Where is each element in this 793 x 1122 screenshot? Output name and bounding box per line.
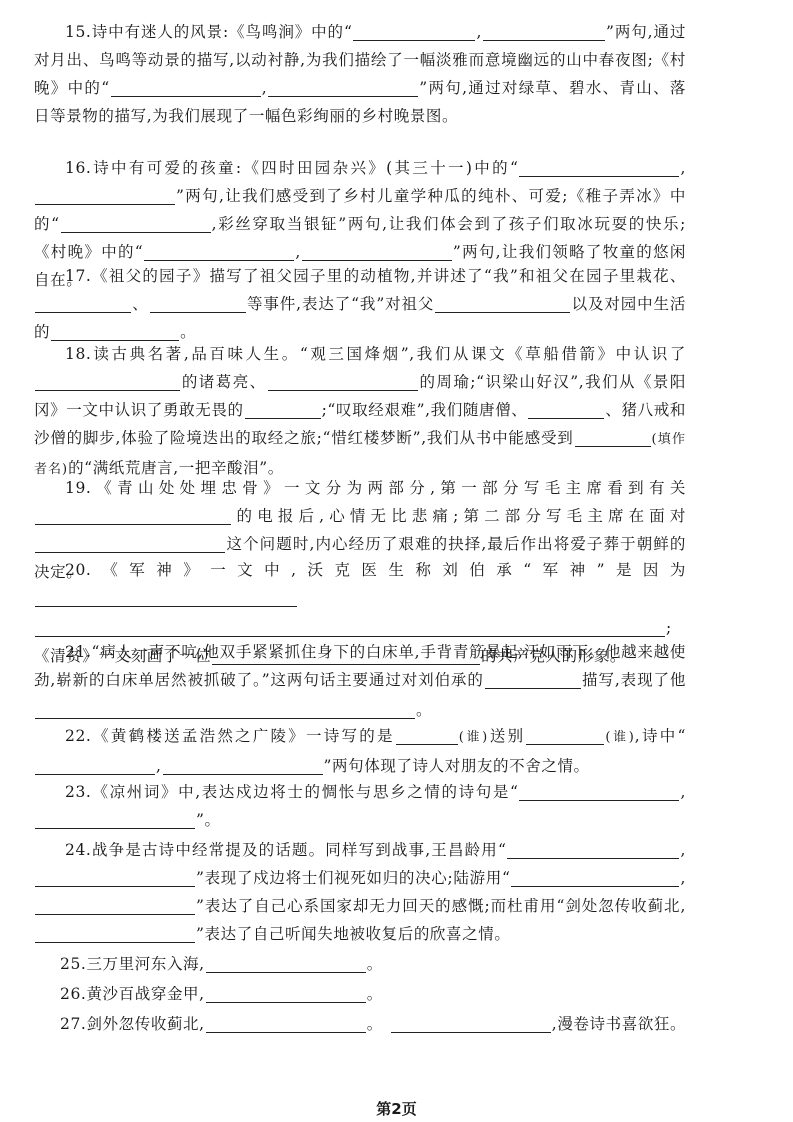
answer-blank[interactable] (35, 756, 155, 775)
answer-blank[interactable] (206, 954, 366, 973)
answer-blank[interactable] (35, 534, 225, 553)
author-name-blank[interactable] (575, 428, 651, 447)
answer-blank[interactable] (35, 372, 180, 391)
question-24: 24.战争是古诗中经常提及的话题。同样写到战事,王昌龄用“,”表现了戍边将士们视… (34, 836, 686, 948)
question-25: 25.三万里河东入海,。 (60, 950, 712, 978)
answer-blank[interactable] (144, 242, 294, 261)
question-15: 15.诗中有迷人的风景:《鸟鸣涧》中的“,”两句,通过对月出、鸟鸣等动景的描写,… (34, 18, 686, 130)
question-number: 16. (65, 159, 91, 177)
answer-blank[interactable] (150, 294, 246, 313)
question-number: 17. (65, 267, 91, 285)
question-18: 18.读古典名著,品百味人生。“观三国烽烟”,我们从课文《草船借箭》中认识了的诸… (34, 340, 686, 484)
answer-blank[interactable] (528, 400, 604, 419)
answer-blank[interactable] (353, 22, 475, 41)
answer-blank[interactable] (268, 78, 418, 97)
answer-blank[interactable] (302, 242, 452, 261)
answer-blank[interactable] (526, 726, 604, 745)
question-27: 27.剑外忽传收蓟北,。,漫卷诗书喜欲狂。 (60, 1010, 712, 1038)
answer-blank[interactable] (35, 810, 195, 829)
question-17: 17.《祖父的园子》描写了祖父园子里的动植物,并讲述了“我”和祖父在园子里栽花、… (34, 262, 686, 346)
page-number: 第2页 (0, 1098, 793, 1119)
question-number: 19. (65, 479, 91, 497)
answer-blank[interactable] (435, 294, 570, 313)
exam-page: 15.诗中有迷人的风景:《鸟鸣涧》中的“,”两句,通过对月出、鸟鸣等动景的描写,… (0, 0, 793, 1122)
question-23: 23.《凉州词》中,表达戍边将士的惆怅与思乡之情的诗句是“,”。 (34, 778, 686, 834)
question-21: 21.“病人一声不吭,他双手紧紧抓住身下的白床单,手背青筋暴起,汗如雨下。他越来… (34, 638, 686, 724)
question-26: 26.黄沙百战穿金甲,。 (60, 980, 712, 1008)
question-number: 25. (60, 955, 86, 973)
answer-blank[interactable] (35, 896, 195, 915)
answer-blank[interactable] (396, 726, 458, 745)
answer-blank[interactable] (35, 588, 297, 607)
answer-blank[interactable] (511, 868, 679, 887)
answer-blank[interactable] (163, 756, 323, 775)
answer-blank[interactable] (111, 78, 261, 97)
question-number: 15. (65, 23, 91, 41)
answer-blank[interactable] (519, 158, 679, 177)
answer-blank[interactable] (507, 840, 679, 859)
answer-blank[interactable] (485, 670, 581, 689)
question-number: 22. (65, 727, 91, 745)
answer-blank[interactable] (51, 322, 179, 341)
answer-blank[interactable] (35, 868, 195, 887)
answer-blank[interactable] (61, 214, 211, 233)
answer-blank[interactable] (245, 400, 321, 419)
answer-blank[interactable] (35, 924, 195, 943)
question-number: 23. (65, 783, 91, 801)
answer-blank[interactable] (35, 694, 415, 719)
answer-blank[interactable] (206, 984, 366, 1003)
answer-blank[interactable] (35, 506, 231, 525)
question-number: 24. (65, 841, 91, 859)
answer-blank[interactable] (35, 186, 175, 205)
answer-blank[interactable] (268, 372, 418, 391)
answer-blank[interactable] (206, 1014, 366, 1033)
question-number: 20. (65, 561, 91, 579)
question-number: 18. (65, 345, 91, 363)
answer-blank[interactable] (35, 612, 665, 637)
answer-blank[interactable] (391, 1014, 551, 1033)
question-number: 27. (60, 1015, 86, 1033)
question-number: 26. (60, 985, 86, 1003)
question-22: 22.《黄鹤楼送孟浩然之广陵》一诗写的是(谁)送别(谁),诗中“,”两句体现了诗… (34, 722, 686, 780)
question-number: 21. (65, 643, 91, 661)
answer-blank[interactable] (35, 294, 131, 313)
answer-blank[interactable] (519, 782, 679, 801)
answer-blank[interactable] (483, 22, 605, 41)
